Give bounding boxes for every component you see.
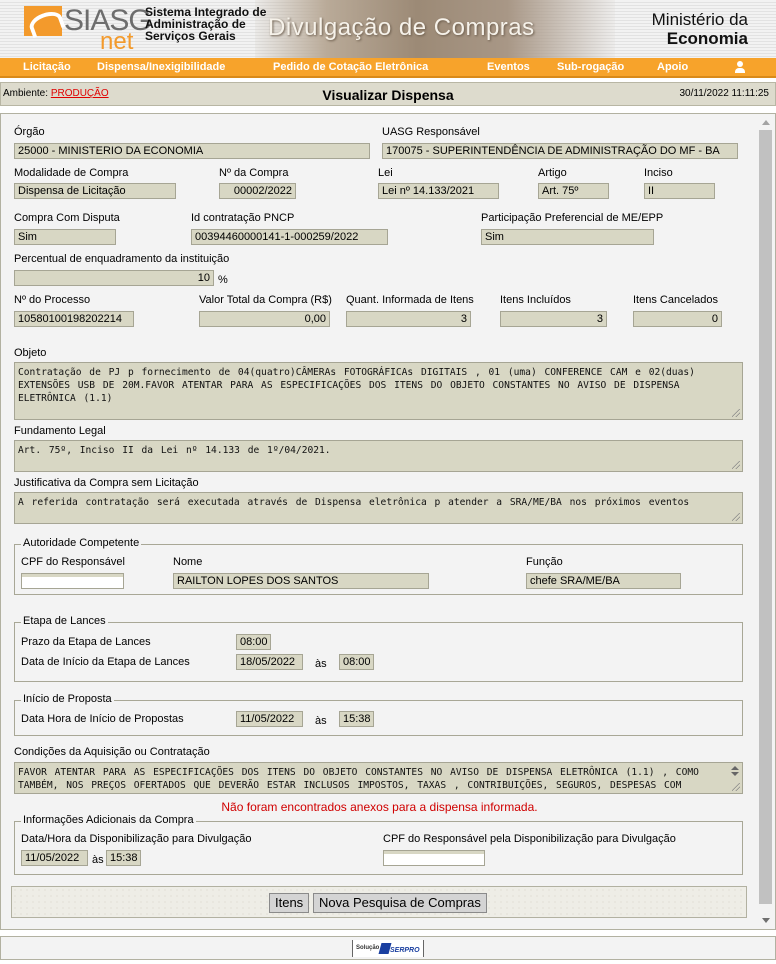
- modalidade-field: Dispensa de Licitação: [14, 183, 176, 199]
- disponibilizacao-date: 11/05/2022: [21, 850, 88, 866]
- justificativa-textarea[interactable]: A referida contratação será executada at…: [14, 492, 743, 524]
- panel-scrollbar[interactable]: [758, 114, 775, 929]
- uasg-field: 170075 - SUPERINTENDÊNCIA DE ADMINISTRAÇ…: [382, 143, 738, 159]
- nav-apoio[interactable]: Apoio: [657, 61, 688, 73]
- lei-field: Lei nº 14.133/2021: [378, 183, 499, 199]
- numero-compra-label: Nº da Compra: [219, 167, 288, 179]
- inicio-propostas-label: Data Hora de Início de Propostas: [21, 713, 184, 725]
- button-bar: Itens Nova Pesquisa de Compras: [11, 886, 747, 918]
- artigo-label: Artigo: [538, 167, 567, 179]
- resize-grip-icon[interactable]: [732, 513, 740, 521]
- orgao-field: 25000 - MINISTERIO DA ECONOMIA: [14, 143, 370, 159]
- lei-label: Lei: [378, 167, 393, 179]
- condicoes-label: Condições da Aquisição ou Contratação: [14, 746, 210, 758]
- logo-sub: net: [100, 28, 133, 56]
- siasg-logo-icon: [24, 6, 62, 36]
- itens-cancelados-field: 0: [633, 311, 722, 327]
- scroll-up-icon[interactable]: [762, 120, 770, 125]
- site-header: SIASG net Sistema Integrado de Administr…: [0, 0, 776, 58]
- as-label: às: [92, 854, 104, 866]
- resize-grip-icon[interactable]: [732, 783, 740, 791]
- nova-pesquisa-button[interactable]: Nova Pesquisa de Compras: [313, 893, 487, 913]
- disponibilizacao-label: Data/Hora da Disponibilização para Divul…: [21, 833, 252, 845]
- autoridade-legend: Autoridade Competente: [21, 537, 141, 549]
- nav-pedido-cotacao[interactable]: Pedido de Cotação Eletrônica: [273, 61, 428, 73]
- objeto-textarea[interactable]: Contratação de PJ p fornecimento de 04(q…: [14, 362, 743, 420]
- inicio-lances-date: 18/05/2022: [236, 654, 303, 670]
- uasg-label: UASG Responsável: [382, 126, 480, 138]
- inciso-field: II: [644, 183, 715, 199]
- as-label: às: [315, 658, 327, 670]
- nav-licitacao[interactable]: Licitação: [23, 61, 71, 73]
- nav-eventos[interactable]: Eventos: [487, 61, 530, 73]
- prazo-field: 08:00: [236, 634, 271, 650]
- id-pncp-field: 00394460000141-1-000259/2022: [191, 229, 388, 245]
- inicio-lances-time: 08:00: [339, 654, 374, 670]
- as-label: às: [315, 715, 327, 727]
- percentual-unit: %: [218, 274, 228, 286]
- inicio-proposta-fieldset: Início de Proposta Data Hora de Início d…: [14, 700, 743, 736]
- autoridade-fieldset: Autoridade Competente CPF do Responsável…: [14, 544, 743, 595]
- artigo-field: Art. 75º: [538, 183, 609, 199]
- compra-disputa-label: Compra Com Disputa: [14, 212, 120, 224]
- resize-grip-icon[interactable]: [732, 461, 740, 469]
- resize-grip-icon[interactable]: [732, 409, 740, 417]
- inicio-propostas-time: 15:38: [339, 711, 374, 727]
- id-pncp-label: Id contratação PNCP: [191, 212, 294, 224]
- itens-cancelados-label: Itens Cancelados: [633, 294, 718, 306]
- itens-incluidos-label: Itens Incluídos: [500, 294, 571, 306]
- scroll-spinner-icon[interactable]: [731, 766, 739, 776]
- fundamento-textarea[interactable]: Art. 75º, Inciso II da Lei nº 14.133 de …: [14, 440, 743, 472]
- cpf-responsavel-label: CPF do Responsável: [21, 556, 125, 568]
- funcao-field: chefe SRA/ME/BA: [526, 573, 681, 589]
- orgao-label: Órgão: [14, 126, 45, 138]
- participacao-me-label: Participação Preferencial de ME/EPP: [481, 212, 663, 224]
- cpf-disponibilizacao-label: CPF do Responsável pela Disponibilização…: [383, 833, 676, 845]
- scroll-thumb[interactable]: [759, 130, 772, 904]
- nav-dispensa[interactable]: Dispensa/Inexigibilidade: [97, 61, 225, 73]
- itens-incluidos-field: 3: [500, 311, 607, 327]
- inicio-proposta-legend: Início de Proposta: [21, 693, 114, 705]
- scroll-down-icon[interactable]: [762, 918, 770, 923]
- etapa-lances-fieldset: Etapa de Lances Prazo da Etapa de Lances…: [14, 622, 743, 682]
- user-icon[interactable]: [734, 61, 746, 74]
- percentual-label: Percentual de enquadramento da instituiç…: [14, 253, 229, 265]
- banner-title: Divulgação de Compras: [268, 14, 535, 42]
- inicio-propostas-date: 11/05/2022: [236, 711, 303, 727]
- nav-sub-rogacao[interactable]: Sub-rogação: [557, 61, 624, 73]
- info-adicionais-legend: Informações Adicionais da Compra: [21, 814, 196, 826]
- objeto-label: Objeto: [14, 347, 46, 359]
- percentual-field: 10: [14, 270, 214, 286]
- system-name: Sistema Integrado de Administração de Se…: [145, 6, 266, 42]
- funcao-label: Função: [526, 556, 563, 568]
- serpro-logo: Solução SERPRO: [352, 940, 424, 957]
- inicio-lances-label: Data de Início da Etapa de Lances: [21, 656, 190, 668]
- inciso-label: Inciso: [644, 167, 673, 179]
- processo-field: 10580100198202214: [14, 311, 134, 327]
- footer: Solução SERPRO: [0, 936, 776, 960]
- modalidade-label: Modalidade de Compra: [14, 167, 128, 179]
- fundamento-label: Fundamento Legal: [14, 425, 106, 437]
- page-title: Visualizar Dispensa: [1, 87, 775, 103]
- etapa-lances-legend: Etapa de Lances: [21, 615, 108, 627]
- nome-field: RAILTON LOPES DOS SANTOS: [173, 573, 429, 589]
- title-bar: Ambiente: PRODUÇÃO Visualizar Dispensa 3…: [0, 82, 776, 106]
- justificativa-label: Justificativa da Compra sem Licitação: [14, 477, 199, 489]
- quant-itens-field: 3: [346, 311, 471, 327]
- valor-total-field: 0,00: [199, 311, 330, 327]
- itens-button[interactable]: Itens: [269, 893, 309, 913]
- compra-disputa-field: Sim: [14, 229, 116, 245]
- main-panel: Órgão 25000 - MINISTERIO DA ECONOMIA UAS…: [0, 113, 776, 930]
- nome-label: Nome: [173, 556, 202, 568]
- main-nav: Licitação Dispensa/Inexigibilidade Pedid…: [0, 58, 776, 78]
- prazo-label: Prazo da Etapa de Lances: [21, 636, 151, 648]
- ministry-name: Ministério da Economia: [652, 10, 748, 48]
- cpf-responsavel-field: [21, 573, 124, 589]
- numero-compra-field: 00002/2022: [219, 183, 296, 199]
- current-datetime: 30/11/2022 11:11:25: [679, 88, 769, 99]
- quant-itens-label: Quant. Informada de Itens: [346, 294, 474, 306]
- valor-total-label: Valor Total da Compra (R$): [199, 294, 332, 306]
- cpf-disponibilizacao-field: [383, 850, 485, 866]
- no-attachments-message: Não foram encontrados anexos para a disp…: [1, 800, 758, 814]
- participacao-me-field: Sim: [481, 229, 654, 245]
- condicoes-textarea[interactable]: FAVOR ATENTAR PARA AS ESPECIFICAÇÕES DOS…: [14, 762, 743, 794]
- processo-label: Nº do Processo: [14, 294, 90, 306]
- disponibilizacao-time: 15:38: [106, 850, 141, 866]
- info-adicionais-fieldset: Informações Adicionais da Compra Data/Ho…: [14, 821, 743, 875]
